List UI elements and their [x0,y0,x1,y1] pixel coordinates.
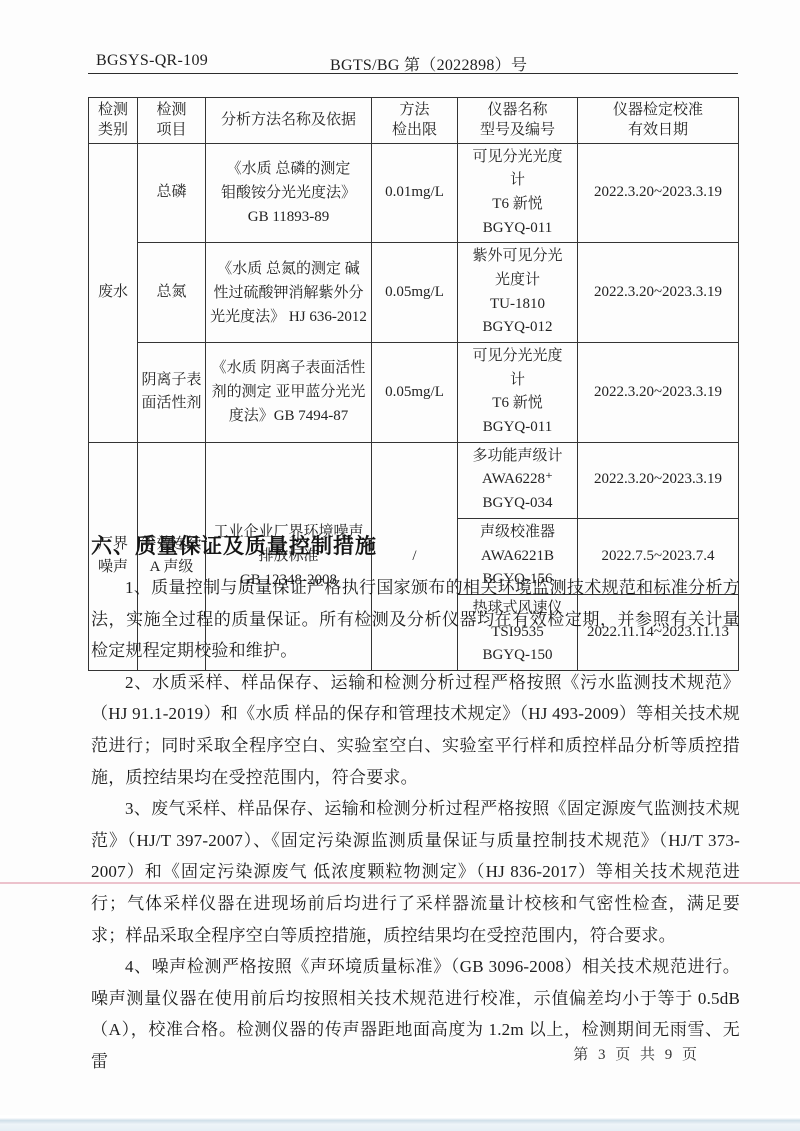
cell-limit: 0.05mg/L [372,243,458,343]
paragraph-2: 2、水质采样、样品保存、运输和检测分析过程严格按照《污水监测技术规范》（HJ 9… [91,667,740,793]
col-header-method: 分析方法名称及依据 [206,98,372,144]
cell-method: 《水质 阴离子表面活性 剂的测定 亚甲蓝分光光 度法》GB 7494-87 [206,343,372,443]
paragraph-3: 3、废气采样、样品保存、运输和检测分析过程严格按照《固定源废气监测技术规范》（H… [91,793,740,951]
doc-code: BGSYS-QR-109 [96,52,208,70]
cell-item: 总磷 [138,143,206,243]
cell-limit: 0.05mg/L [372,343,458,443]
table-row-anionic-surfactant: 阴离子表 面活性剂 《水质 阴离子表面活性 剂的测定 亚甲蓝分光光 度法》GB … [89,343,739,443]
cell-item: 阴离子表 面活性剂 [138,343,206,443]
table-row-total-phosphorus: 废水 总磷 《水质 总磷的测定 钼酸铵分光光度法》 GB 11893-89 0.… [89,143,739,243]
table-header-row: 检测 类别 检测 项目 分析方法名称及依据 方法 检出限 仪器名称 型号及编号 … [89,98,739,144]
col-header-category: 检测 类别 [89,98,138,144]
cell-instrument: 多功能声级计 AWA6228⁺ BGYQ-034 [458,442,578,518]
qa-qc-section: 六、质量保证及质量控制措施 1、质量控制与质量保证严格执行国家颁布的相关环境监测… [91,531,740,1078]
scan-artifact-line [0,882,800,884]
cell-category-wastewater: 废水 [89,143,138,442]
document-page: BGSYS-QR-109 BGTS/BG 第（2022898）号 检测 类别 检… [0,0,800,1131]
scan-edge-band [0,1115,800,1131]
col-header-instrument: 仪器名称 型号及编号 [458,98,578,144]
col-header-item: 检测 项目 [138,98,206,144]
table-row-total-nitrogen: 总氮 《水质 总氮的测定 碱 性过硫酸钾消解紫外分 光光度法》 HJ 636-2… [89,243,739,343]
col-header-valid-date: 仪器检定校准 有效日期 [578,98,739,144]
cell-valid-date: 2022.3.20~2023.3.19 [578,343,739,443]
cell-instrument: 紫外可见分光 光度计 TU-1810 BGYQ-012 [458,243,578,343]
document-header: BGSYS-QR-109 BGTS/BG 第（2022898）号 [0,52,800,72]
cell-method: 《水质 总磷的测定 钼酸铵分光光度法》 GB 11893-89 [206,143,372,243]
cell-limit: 0.01mg/L [372,143,458,243]
page-number: 第 3 页 共 9 页 [573,1047,700,1063]
table-row-noise-sound-level-meter: 厂界 噪声 等效连续 A 声级 工业企业厂界环境噪声 排放标准 GB 12348… [89,442,739,518]
cell-instrument: 可见分光光度 计 T6 新悦 BGYQ-011 [458,143,578,243]
page-footer: 第 3 页 共 9 页 [0,1043,700,1064]
paragraph-1: 1、质量控制与质量保证严格执行国家颁布的相关环境监测技术规范和标准分析方法，实施… [91,572,740,667]
cell-valid-date: 2022.3.20~2023.3.19 [578,243,739,343]
header-rule [88,73,738,74]
section-title: 六、质量保证及质量控制措施 [91,531,740,561]
col-header-limit: 方法 检出限 [372,98,458,144]
cell-method: 《水质 总氮的测定 碱 性过硫酸钾消解紫外分 光光度法》 HJ 636-2012 [206,243,372,343]
cell-item: 总氮 [138,243,206,343]
cell-valid-date: 2022.3.20~2023.3.19 [578,442,739,518]
cell-instrument: 可见分光光度 计 T6 新悦 BGYQ-011 [458,343,578,443]
cell-valid-date: 2022.3.20~2023.3.19 [578,143,739,243]
doc-number: BGTS/BG 第（2022898）号 [330,52,527,75]
